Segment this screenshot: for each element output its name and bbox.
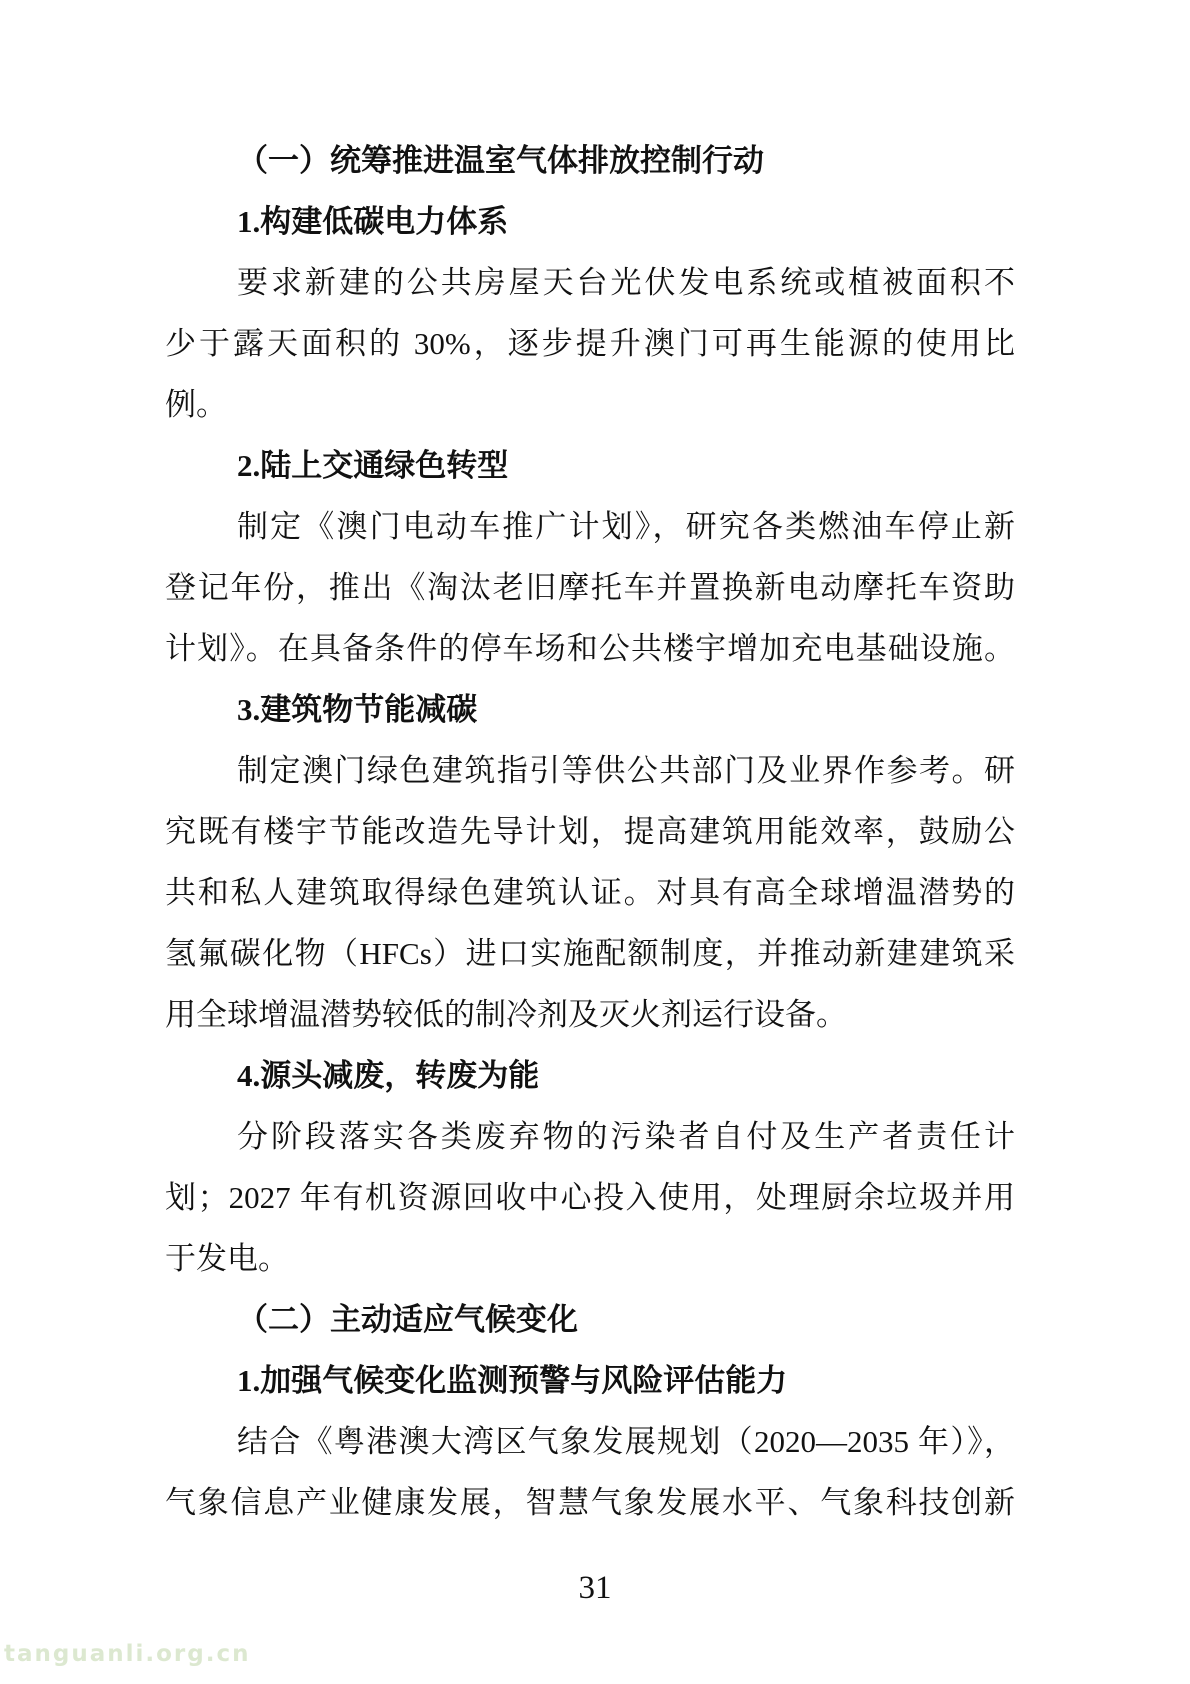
paragraph-line: 少于露天面积的 30%，逐步提升澳门可再生能源的使用比 xyxy=(165,313,1015,374)
paragraph: 要求新建的公共房屋天台光伏发电系统或植被面积不 少于露天面积的 30%，逐步提升… xyxy=(165,252,1015,435)
paragraph-line: 要求新建的公共房屋天台光伏发电系统或植被面积不 xyxy=(165,252,1015,313)
paragraph-line: 用全球增温潜势较低的制冷剂及灭火剂运行设备。 xyxy=(165,984,1015,1045)
sub-heading: 2.陆上交通绿色转型 xyxy=(165,435,1015,496)
paragraph-line: 氢氟碳化物（HFCs）进口实施配额制度，并推动新建建筑采 xyxy=(165,923,1015,984)
paragraph-line: 气象信息产业健康发展，智慧气象发展水平、气象科技创新 xyxy=(165,1472,1015,1533)
paragraph-line: 共和私人建筑取得绿色建筑认证。对具有高全球增温潜势的 xyxy=(165,862,1015,923)
section-heading-text: （二）主动适应气候变化 xyxy=(165,1289,1015,1350)
sub-heading-text: 1.构建低碳电力体系 xyxy=(165,191,1015,252)
paragraph-line: 究既有楼宇节能改造先导计划，提高建筑用能效率，鼓励公 xyxy=(165,801,1015,862)
sub-heading-text: 4.源头减废，转废为能 xyxy=(165,1045,1015,1106)
paragraph-line: 于发电。 xyxy=(165,1228,1015,1289)
paragraph: 制定澳门绿色建筑指引等供公共部门及业界作参考。研 究既有楼宇节能改造先导计划，提… xyxy=(165,740,1015,1045)
paragraph-line: 分阶段落实各类废弃物的污染者自付及生产者责任计 xyxy=(165,1106,1015,1167)
paragraph: 结合《粤港澳大湾区气象发展规划（2020—2035 年）》， 气象信息产业健康发… xyxy=(165,1411,1015,1533)
paragraph-line: 结合《粤港澳大湾区气象发展规划（2020—2035 年）》， xyxy=(165,1411,1015,1472)
sub-heading-text: 1.加强气候变化监测预警与风险评估能力 xyxy=(165,1350,1015,1411)
sub-heading: 3.建筑物节能减碳 xyxy=(165,679,1015,740)
section-heading: （二）主动适应气候变化 xyxy=(165,1289,1015,1350)
paragraph-line: 制定《澳门电动车推广计划》，研究各类燃油车停止新 xyxy=(165,496,1015,557)
section-heading: （一）统筹推进温室气体排放控制行动 xyxy=(165,130,1015,191)
sub-heading-text: 3.建筑物节能减碳 xyxy=(165,679,1015,740)
sub-heading-text: 2.陆上交通绿色转型 xyxy=(165,435,1015,496)
paragraph-line: 例。 xyxy=(165,374,1015,435)
paragraph-line: 计划》。在具备条件的停车场和公共楼宇增加充电基础设施。 xyxy=(165,618,1015,679)
paragraph-line: 制定澳门绿色建筑指引等供公共部门及业界作参考。研 xyxy=(165,740,1015,801)
sub-heading: 1.加强气候变化监测预警与风险评估能力 xyxy=(165,1350,1015,1411)
section-heading-text: （一）统筹推进温室气体排放控制行动 xyxy=(165,130,1015,191)
page-number: 31 xyxy=(0,1568,1190,1608)
sub-heading: 1.构建低碳电力体系 xyxy=(165,191,1015,252)
paragraph-line: 划；2027 年有机资源回收中心投入使用，处理厨余垃圾并用 xyxy=(165,1167,1015,1228)
paragraph-line: 登记年份，推出《淘汰老旧摩托车并置换新电动摩托车资助 xyxy=(165,557,1015,618)
watermark: tanguanli.org.cn xyxy=(4,1641,250,1667)
document-page: （一）统筹推进温室气体排放控制行动 1.构建低碳电力体系 要求新建的公共房屋天台… xyxy=(0,0,1190,1684)
sub-heading: 4.源头减废，转废为能 xyxy=(165,1045,1015,1106)
document-body: （一）统筹推进温室气体排放控制行动 1.构建低碳电力体系 要求新建的公共房屋天台… xyxy=(165,130,1015,1533)
paragraph: 分阶段落实各类废弃物的污染者自付及生产者责任计 划；2027 年有机资源回收中心… xyxy=(165,1106,1015,1289)
paragraph: 制定《澳门电动车推广计划》，研究各类燃油车停止新 登记年份，推出《淘汰老旧摩托车… xyxy=(165,496,1015,679)
